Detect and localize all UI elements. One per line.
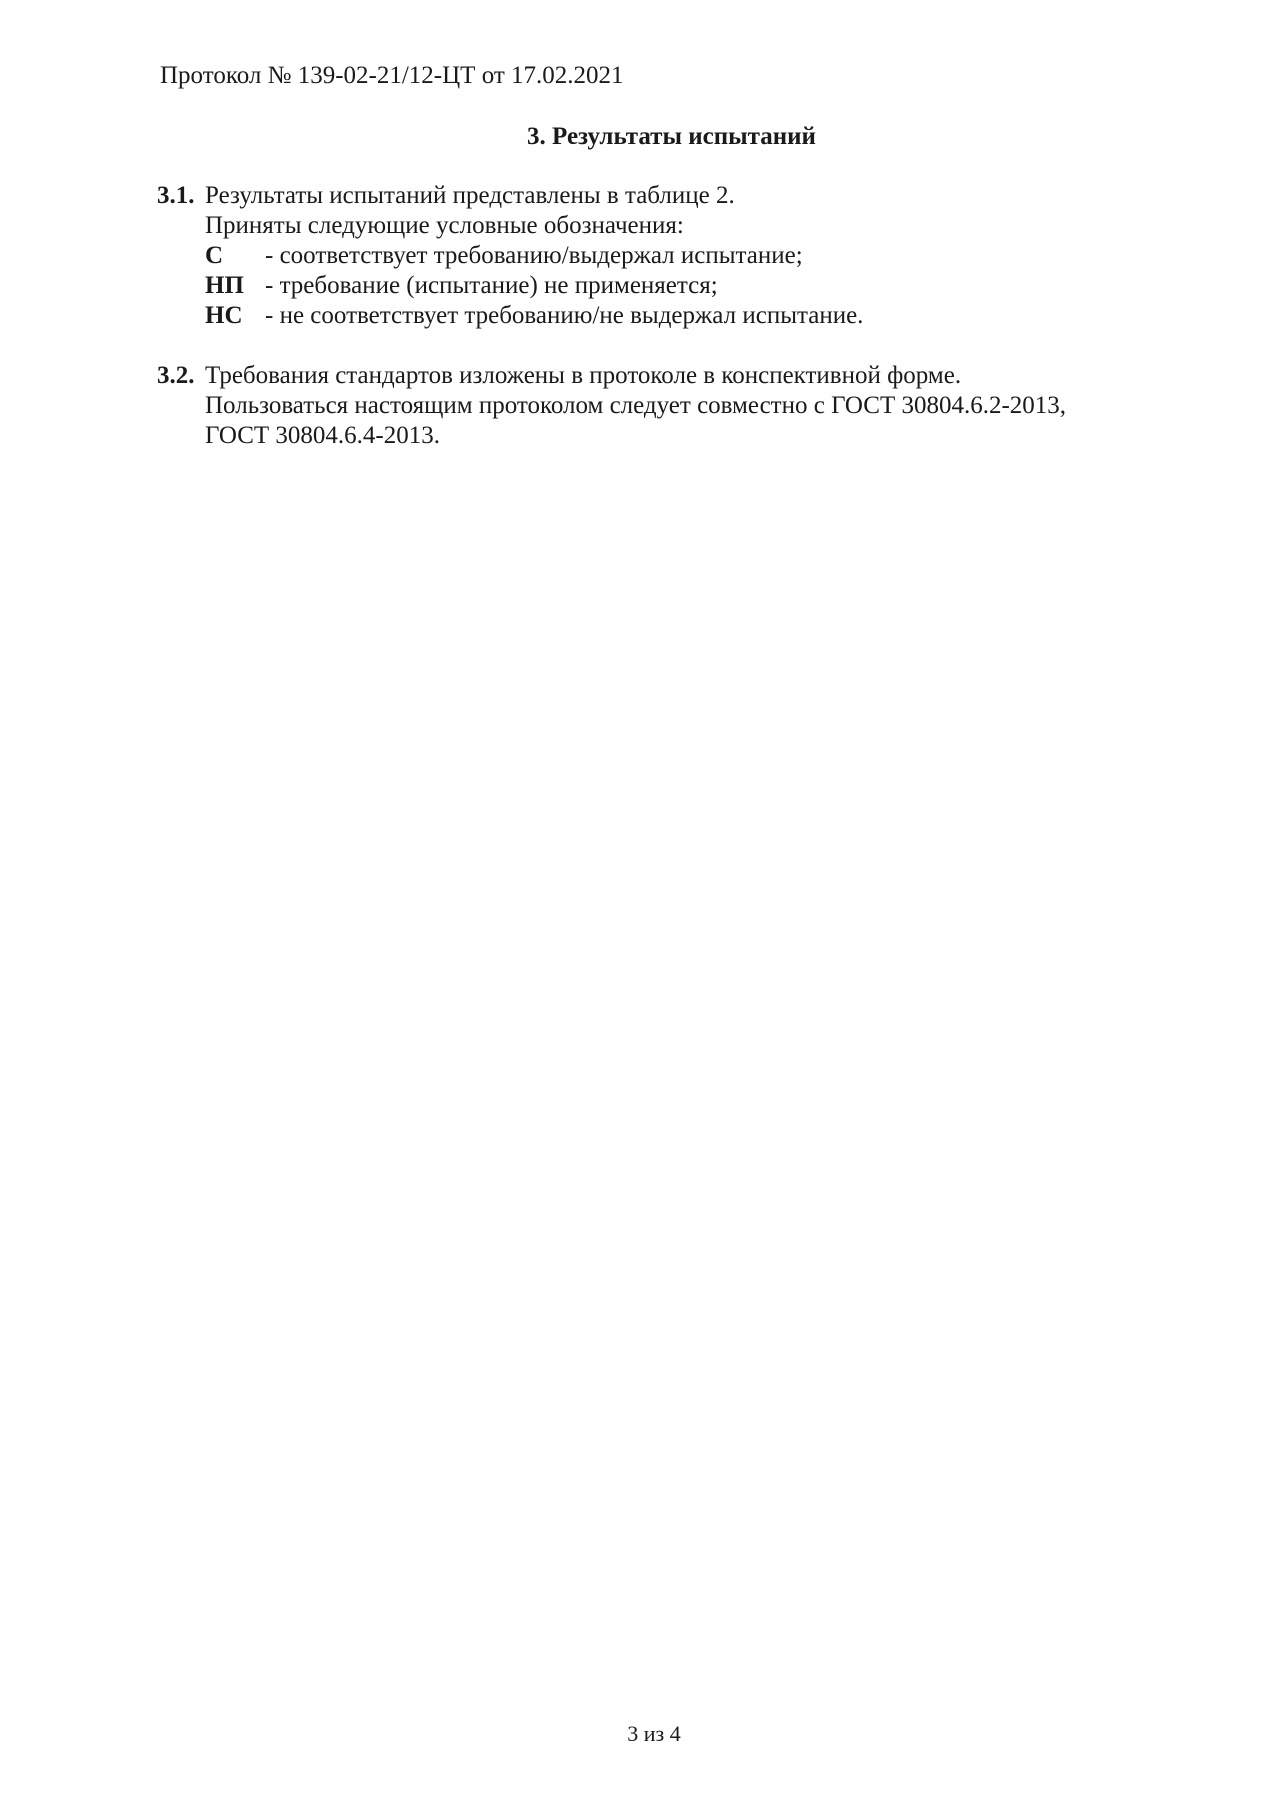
paragraph-number: 3.1.: [157, 181, 205, 211]
legend-text: - соответствует требованию/выдержал испы…: [265, 242, 803, 269]
paragraph-text: Требования стандартов изложены в протоко…: [205, 362, 961, 389]
section-title: 3. Результаты испытаний: [527, 122, 816, 152]
paragraph-3-1: 3.1.Результаты испытаний представлены в …: [157, 181, 863, 331]
document-page: Протокол № 139-02-21/12-ЦТ от 17.02.2021…: [0, 0, 1273, 1800]
page-number: 3 из 4: [0, 1721, 1273, 1747]
paragraph-number: 3.2.: [157, 361, 205, 391]
paragraph-text: Результаты испытаний представлены в табл…: [205, 182, 735, 209]
paragraph-line: ГОСТ 30804.6.4-2013.: [157, 421, 1066, 451]
paragraph-line: 3.1.Результаты испытаний представлены в …: [157, 181, 863, 211]
legend-code: НП: [205, 271, 265, 301]
legend-item-nc: НС- не соответствует требованию/не выдер…: [157, 301, 863, 331]
legend-text: - не соответствует требованию/не выдержа…: [265, 302, 863, 329]
paragraph-line: Пользоваться настоящим протоколом следуе…: [157, 391, 1066, 421]
paragraph-line: 3.2.Требования стандартов изложены в про…: [157, 361, 1066, 391]
legend-item-c: С- соответствует требованию/выдержал исп…: [157, 241, 863, 271]
paragraph-line: Приняты следующие условные обозначения:: [157, 211, 863, 241]
legend-code: С: [205, 241, 265, 271]
legend-code: НС: [205, 301, 265, 331]
protocol-header: Протокол № 139-02-21/12-ЦТ от 17.02.2021: [160, 61, 624, 91]
paragraph-3-2: 3.2.Требования стандартов изложены в про…: [157, 361, 1066, 451]
legend-text: - требование (испытание) не применяется;: [265, 272, 718, 299]
legend-item-np: НП- требование (испытание) не применяетс…: [157, 271, 863, 301]
